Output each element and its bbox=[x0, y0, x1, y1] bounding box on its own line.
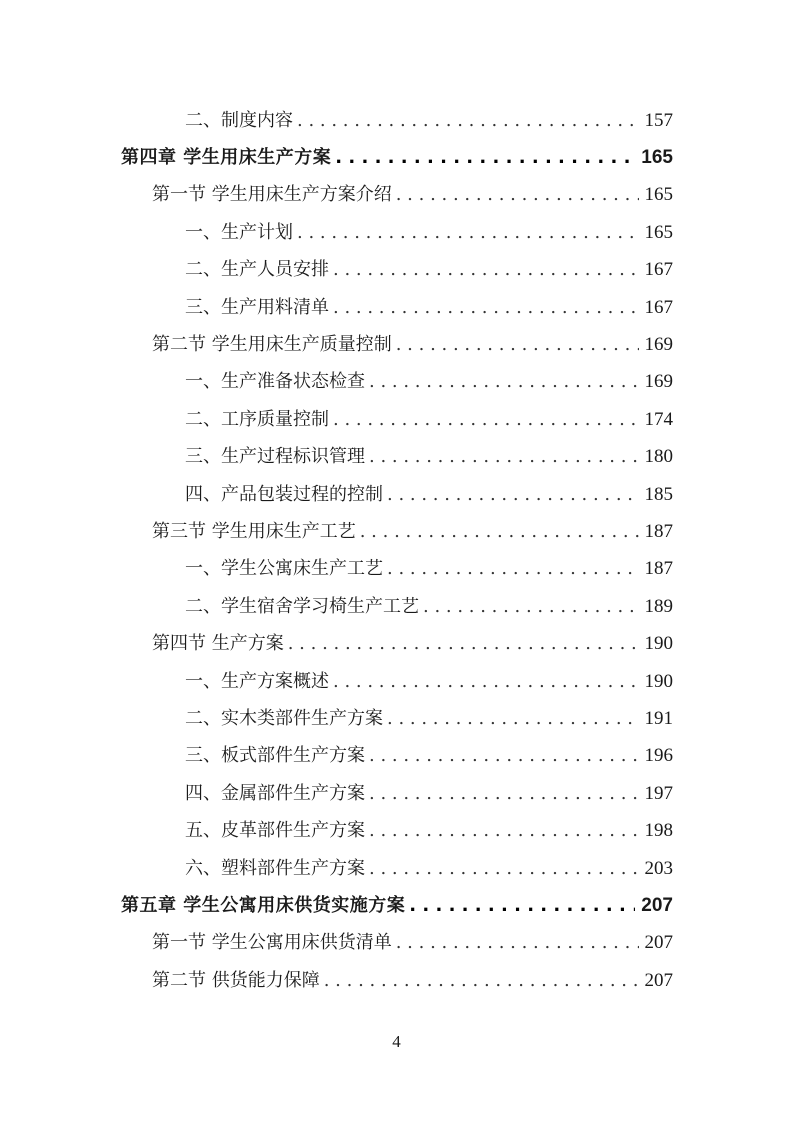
toc-entry-label: 五、皮革部件生产方案 bbox=[185, 816, 365, 842]
leader-dots bbox=[369, 783, 639, 804]
leader-dots bbox=[387, 558, 639, 579]
toc-entry[interactable]: 二、工序质量控制174 bbox=[0, 399, 793, 436]
leader-dots bbox=[288, 633, 639, 654]
toc-entry-page: 157 bbox=[645, 110, 674, 132]
toc-entry[interactable]: 二、学生宿舍学习椅生产工艺189 bbox=[0, 586, 793, 623]
toc-entry-page: 207 bbox=[641, 895, 673, 917]
toc-entry-label: 第二节 供货能力保障 bbox=[152, 966, 320, 992]
toc-entry[interactable]: 五、皮革部件生产方案198 bbox=[0, 811, 793, 848]
leader-dots bbox=[396, 184, 639, 205]
toc-entry-page: 198 bbox=[645, 820, 674, 842]
toc-entry[interactable]: 一、生产方案概述190 bbox=[0, 661, 793, 698]
toc-entry-section[interactable]: 第四节 生产方案190 bbox=[0, 624, 793, 661]
toc-entry-page: 169 bbox=[645, 334, 674, 356]
toc-entry[interactable]: 一、学生公寓床生产工艺187 bbox=[0, 549, 793, 586]
leader-dots bbox=[387, 708, 639, 729]
toc-entry-label: 第三节 学生用床生产工艺 bbox=[152, 517, 356, 543]
leader-dots bbox=[335, 147, 635, 168]
toc-entry-label: 二、制度内容 bbox=[185, 106, 293, 132]
toc-entry-page: 203 bbox=[645, 858, 674, 880]
toc-entry[interactable]: 四、产品包装过程的控制185 bbox=[0, 474, 793, 511]
toc-entry-page: 169 bbox=[645, 371, 674, 393]
toc-entry-page: 165 bbox=[645, 184, 674, 206]
leader-dots bbox=[369, 446, 639, 467]
leader-dots bbox=[333, 671, 639, 692]
toc-entry-chapter[interactable]: 第五章 学生公寓用床供货实施方案207 bbox=[0, 885, 793, 922]
leader-dots bbox=[423, 596, 639, 617]
toc-entry-label: 二、工序质量控制 bbox=[185, 405, 329, 431]
toc-entry-label: 第二节 学生用床生产质量控制 bbox=[152, 330, 392, 356]
leader-dots bbox=[396, 932, 639, 953]
toc-entry-page: 165 bbox=[641, 147, 673, 169]
toc-entry-page: 191 bbox=[645, 708, 674, 730]
leader-dots bbox=[369, 820, 639, 841]
toc-entry-page: 197 bbox=[645, 783, 674, 805]
toc-entry-page: 189 bbox=[645, 596, 674, 618]
leader-dots bbox=[396, 334, 639, 355]
toc-entry-section[interactable]: 第一节 学生公寓用床供货清单207 bbox=[0, 923, 793, 960]
leader-dots bbox=[369, 858, 639, 879]
toc-entry-page: 174 bbox=[645, 409, 674, 431]
toc-entry-label: 第五章 学生公寓用床供货实施方案 bbox=[121, 891, 405, 917]
page-number: 4 bbox=[0, 1032, 793, 1052]
toc-entry-label: 一、生产计划 bbox=[185, 218, 293, 244]
toc-entry[interactable]: 二、生产人员安排167 bbox=[0, 250, 793, 287]
toc-entry-label: 三、生产用料清单 bbox=[185, 293, 329, 319]
leader-dots bbox=[333, 297, 639, 318]
toc-entry[interactable]: 二、制度内容157 bbox=[0, 100, 793, 137]
toc-entry-label: 第一节 学生公寓用床供货清单 bbox=[152, 928, 392, 954]
leader-dots bbox=[297, 222, 639, 243]
toc-entry-chapter[interactable]: 第四章 学生用床生产方案165 bbox=[0, 137, 793, 174]
toc-entry[interactable]: 三、板式部件生产方案196 bbox=[0, 736, 793, 773]
leader-dots bbox=[409, 895, 635, 916]
toc-entry-page: 185 bbox=[645, 484, 674, 506]
toc-entry-label: 二、实木类部件生产方案 bbox=[185, 704, 383, 730]
leader-dots bbox=[297, 110, 639, 131]
toc-entry-section[interactable]: 第一节 学生用床生产方案介绍165 bbox=[0, 175, 793, 212]
leader-dots bbox=[333, 259, 639, 280]
toc-entry-label: 二、生产人员安排 bbox=[185, 255, 329, 281]
toc-entry-section[interactable]: 第二节 供货能力保障207 bbox=[0, 960, 793, 997]
toc-entry-label: 一、生产准备状态检查 bbox=[185, 367, 365, 393]
toc-entry-section[interactable]: 第三节 学生用床生产工艺187 bbox=[0, 511, 793, 548]
toc-entry-page: 187 bbox=[645, 521, 674, 543]
leader-dots bbox=[369, 745, 639, 766]
toc-entry-label: 第四章 学生用床生产方案 bbox=[121, 143, 331, 169]
leader-dots bbox=[369, 371, 639, 392]
toc-entry[interactable]: 三、生产过程标识管理180 bbox=[0, 437, 793, 474]
toc-entry-page: 165 bbox=[645, 222, 674, 244]
toc-entry-label: 三、生产过程标识管理 bbox=[185, 442, 365, 468]
toc-entry-label: 六、塑料部件生产方案 bbox=[185, 854, 365, 880]
toc-entry-label: 四、金属部件生产方案 bbox=[185, 779, 365, 805]
toc-entry-page: 196 bbox=[645, 745, 674, 767]
toc-entry-page: 180 bbox=[645, 446, 674, 468]
leader-dots bbox=[324, 970, 639, 991]
toc-entry-label: 二、学生宿舍学习椅生产工艺 bbox=[185, 592, 419, 618]
toc-entry-section[interactable]: 第二节 学生用床生产质量控制169 bbox=[0, 324, 793, 361]
toc-entry-page: 190 bbox=[645, 633, 674, 655]
toc-entry-label: 四、产品包装过程的控制 bbox=[185, 480, 383, 506]
toc-entry[interactable]: 三、生产用料清单167 bbox=[0, 287, 793, 324]
toc-entry-label: 一、学生公寓床生产工艺 bbox=[185, 554, 383, 580]
toc-entry-page: 190 bbox=[645, 671, 674, 693]
leader-dots bbox=[360, 521, 639, 542]
toc-entry-label: 三、板式部件生产方案 bbox=[185, 741, 365, 767]
toc-entry-label: 第四节 生产方案 bbox=[152, 629, 284, 655]
toc-entry-label: 一、生产方案概述 bbox=[185, 667, 329, 693]
toc-entry-page: 167 bbox=[645, 297, 674, 319]
toc-entry[interactable]: 六、塑料部件生产方案203 bbox=[0, 848, 793, 885]
toc-entry[interactable]: 二、实木类部件生产方案191 bbox=[0, 698, 793, 735]
leader-dots bbox=[333, 409, 639, 430]
toc-entry-page: 207 bbox=[645, 932, 674, 954]
toc-entry[interactable]: 一、生产准备状态检查169 bbox=[0, 362, 793, 399]
toc-entry-page: 207 bbox=[645, 970, 674, 992]
toc-entry-label: 第一节 学生用床生产方案介绍 bbox=[152, 180, 392, 206]
leader-dots bbox=[387, 484, 639, 505]
toc-entry-page: 187 bbox=[645, 558, 674, 580]
toc-entry[interactable]: 一、生产计划165 bbox=[0, 212, 793, 249]
toc-entry[interactable]: 四、金属部件生产方案197 bbox=[0, 773, 793, 810]
toc-entry-page: 167 bbox=[645, 259, 674, 281]
